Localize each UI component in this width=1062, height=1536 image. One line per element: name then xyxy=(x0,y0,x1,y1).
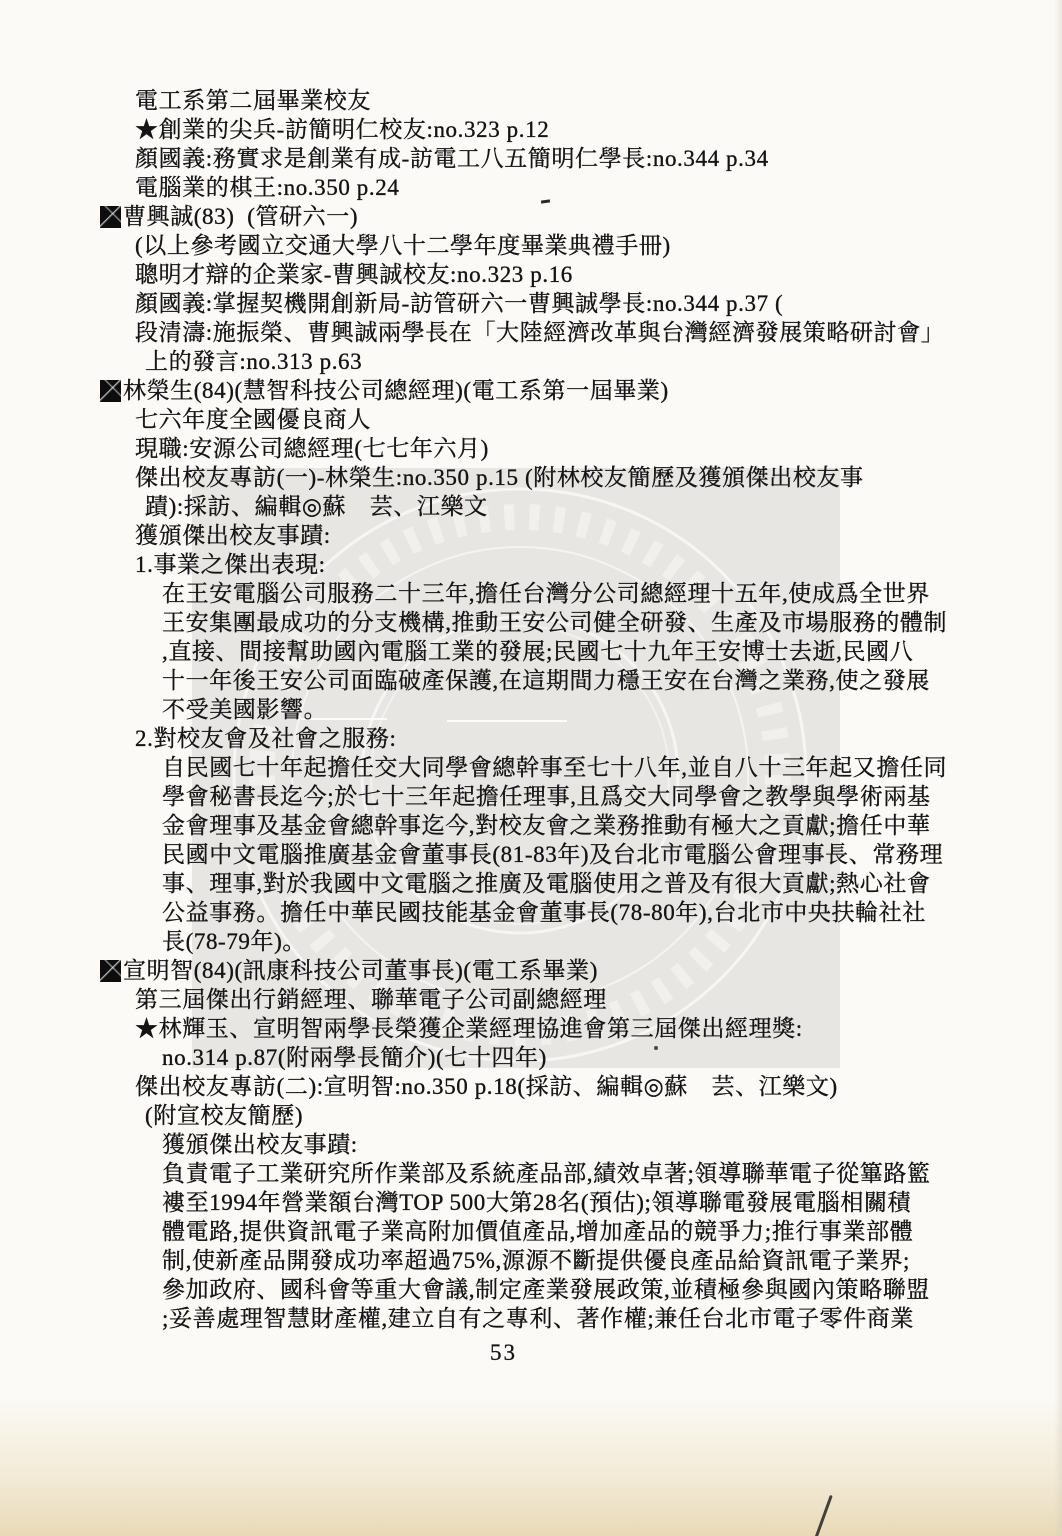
text-line-text: 電工系第二屆畢業校友 xyxy=(135,86,371,115)
text-line: 七六年度全國優良商人 xyxy=(100,405,980,434)
section-heading-text: 宣明智(84)(訊康科技公司董事長)(電工系畢業) xyxy=(123,956,598,985)
text-line-text: 學會秘書長迄今;於七十三年起擔任理事,且爲交大同學會之教學與學術兩基 xyxy=(162,782,931,811)
text-line-text: (以上參考國立交通大學八十二學年度畢業典禮手冊) xyxy=(135,231,671,260)
text-line: 電腦業的棋王:no.350 p.24 xyxy=(100,173,980,202)
text-line-text: 褸至1994年營業額台灣TOP 500大第28名(預估);領導聯電發展電腦相關積 xyxy=(162,1188,911,1217)
text-line: 2.對校友會及社會之服務: xyxy=(100,724,980,753)
alumnus-section-heading: 曹興誠(83) (管研六一) xyxy=(100,202,980,231)
text-line-text: 獲頒傑出校友事蹟: xyxy=(162,1130,358,1159)
text-line-text: 蹟):採訪、編輯◎蘇 芸、江樂文 xyxy=(145,492,488,521)
text-line: 1.事業之傑出表現: xyxy=(100,550,980,579)
section-heading-text: 曹興誠(83) (管研六一) xyxy=(123,202,358,231)
text-line-text: no.314 p.87(附兩學長簡介)(七十四年) xyxy=(162,1043,547,1072)
text-line-text: 獲頒傑出校友事蹟: xyxy=(135,521,331,550)
text-line: ;妥善處理智慧財產權,建立自有之專利、著作權;兼任台北市電子零件商業 xyxy=(100,1304,980,1333)
section-heading-text: 林榮生(84)(慧智科技公司總經理)(電工系第一屆畢業) xyxy=(123,376,669,405)
text-line-text: 電腦業的棋王:no.350 p.24 xyxy=(135,173,399,202)
text-line: 顏國義:務實求是創業有成-訪電工八五簡明仁學長:no.344 p.34 xyxy=(100,144,980,173)
scan-speck xyxy=(654,1046,658,1050)
text-line: 在王安電腦公司服務二十三年,擔任台灣分公司總經理十五年,使成爲全世界 xyxy=(100,579,980,608)
text-line-text: 事、理事,對於我國中文電腦之推廣及電腦使用之普及有很大貢獻;熱心社會 xyxy=(162,869,931,898)
document-page: 電工系第二屆畢業校友★創業的尖兵-訪簡明仁校友:no.323 p.12顏國義:務… xyxy=(0,0,1062,1536)
text-line-text: 十一年後王安公司面臨破產保護,在這期間力穩王安在台灣之業務,使之發展 xyxy=(162,666,930,695)
text-line: 上的發言:no.313 p.63 xyxy=(100,347,980,376)
page-text-block: 電工系第二屆畢業校友★創業的尖兵-訪簡明仁校友:no.323 p.12顏國義:務… xyxy=(100,86,980,1333)
text-line-text: 制,使新產品開發成功率超過75%,源源不斷提供優良產品給資訊電子業界; xyxy=(162,1246,910,1275)
text-line: no.314 p.87(附兩學長簡介)(七十四年) xyxy=(100,1043,980,1072)
text-line-text: 第三屆傑出行銷經理、聯華電子公司副總經理 xyxy=(135,985,607,1014)
paper-edge-shading xyxy=(0,1396,1062,1536)
text-line-text: 聰明才辯的企業家-曹興誠校友:no.323 p.16 xyxy=(135,260,573,289)
section-marker-icon xyxy=(100,380,121,402)
text-line-text: ★林輝玉、宣明智兩學長榮獲企業經理協進會第三屆傑出經理獎: xyxy=(135,1014,803,1043)
text-line-text: 長(78-79年)。 xyxy=(162,927,306,956)
text-line-text: 七六年度全國優良商人 xyxy=(135,405,371,434)
text-line: ,直接、間接幫助國內電腦工業的發展;民國七十九年王安博士去逝,民國八 xyxy=(100,637,980,666)
text-line: 顏國義:掌握契機開創新局-訪管研六一曹興誠學長:no.344 p.37 ( xyxy=(100,289,980,318)
text-line: 獲頒傑出校友事蹟: xyxy=(100,1130,980,1159)
text-line-text: 體電路,提供資訊電子業高附加價值產品,增加產品的競爭力;推行事業部體 xyxy=(162,1217,913,1246)
text-line: 公益事務。擔任中華民國技能基金會董事長(78-80年),台北市中央扶輪社社 xyxy=(100,898,980,927)
text-line: (以上參考國立交通大學八十二學年度畢業典禮手冊) xyxy=(100,231,980,260)
text-line-text: 不受美國影響。 xyxy=(162,695,327,724)
text-line: 褸至1994年營業額台灣TOP 500大第28名(預估);領導聯電發展電腦相關積 xyxy=(100,1188,980,1217)
text-line-text: 在王安電腦公司服務二十三年,擔任台灣分公司總經理十五年,使成爲全世界 xyxy=(162,579,930,608)
text-line-text: 顏國義:務實求是創業有成-訪電工八五簡明仁學長:no.344 p.34 xyxy=(135,144,769,173)
text-line-text: 上的發言:no.313 p.63 xyxy=(145,347,362,376)
text-line: ★林輝玉、宣明智兩學長榮獲企業經理協進會第三屆傑出經理獎: xyxy=(100,1014,980,1043)
text-line-text: 金會理事及基金會總幹事迄今,對校友會之業務推動有極大之貢獻;擔任中華 xyxy=(162,811,931,840)
text-line: 王安集團最成功的分支機構,推動王安公司健全研發、生產及市場服務的體制 xyxy=(100,608,980,637)
text-line: 十一年後王安公司面臨破產保護,在這期間力穩王安在台灣之業務,使之發展 xyxy=(100,666,980,695)
text-line: 現職:安源公司總經理(七七年六月) xyxy=(100,434,980,463)
text-line-text: ,直接、間接幫助國內電腦工業的發展;民國七十九年王安博士去逝,民國八 xyxy=(162,637,913,666)
text-line-text: 顏國義:掌握契機開創新局-訪管研六一曹興誠學長:no.344 p.37 ( xyxy=(135,289,783,318)
text-line: 參加政府、國科會等重大會議,制定產業發展政策,並積極參與國內策略聯盟 xyxy=(100,1275,980,1304)
text-line: 傑出校友專訪(一)-林榮生:no.350 p.15 (附林校友簡歷及獲頒傑出校友… xyxy=(100,463,980,492)
section-marker-icon xyxy=(100,960,121,982)
text-line: 事、理事,對於我國中文電腦之推廣及電腦使用之普及有很大貢獻;熱心社會 xyxy=(100,869,980,898)
text-line: 民國中文電腦推廣基金會董事長(81-83年)及台北市電腦公會理事長、常務理 xyxy=(100,840,980,869)
text-line-text: (附宣校友簡歷) xyxy=(145,1101,303,1130)
text-line: (附宣校友簡歷) xyxy=(100,1101,980,1130)
text-line: 電工系第二屆畢業校友 xyxy=(100,86,980,115)
text-line-text: 傑出校友專訪(一)-林榮生:no.350 p.15 (附林校友簡歷及獲頒傑出校友… xyxy=(135,463,864,492)
text-line-text: 參加政府、國科會等重大會議,制定產業發展政策,並積極參與國內策略聯盟 xyxy=(162,1275,930,1304)
text-line: 傑出校友專訪(二):宣明智:no.350 p.18(採訪、編輯◎蘇 芸、江樂文) xyxy=(100,1072,980,1101)
text-line: 段清濤:施振榮、曹興誠兩學長在「大陸經濟改革與台灣經濟發展策略研討會」 xyxy=(100,318,980,347)
text-line: 自民國七十年起擔任交大同學會總幹事至七十八年,並自八十三年起又擔任同 xyxy=(100,753,980,782)
section-marker-icon xyxy=(100,206,121,228)
alumnus-section-heading: 林榮生(84)(慧智科技公司總經理)(電工系第一屆畢業) xyxy=(100,376,980,405)
text-line-text: 1.事業之傑出表現: xyxy=(135,550,326,579)
text-line: 獲頒傑出校友事蹟: xyxy=(100,521,980,550)
text-line: 聰明才辯的企業家-曹興誠校友:no.323 p.16 xyxy=(100,260,980,289)
text-line-text: ;妥善處理智慧財產權,建立自有之專利、著作權;兼任台北市電子零件商業 xyxy=(162,1304,914,1333)
text-line-text: 2.對校友會及社會之服務: xyxy=(135,724,396,753)
page-number: 53 xyxy=(490,1340,517,1366)
text-line-text: 段清濤:施振榮、曹興誠兩學長在「大陸經濟改革與台灣經濟發展策略研討會」 xyxy=(135,318,944,347)
text-line-text: 王安集團最成功的分支機構,推動王安公司健全研發、生產及市場服務的體制 xyxy=(162,608,947,637)
text-line-text: 傑出校友專訪(二):宣明智:no.350 p.18(採訪、編輯◎蘇 芸、江樂文) xyxy=(135,1072,838,1101)
text-line-text: ★創業的尖兵-訪簡明仁校友:no.323 p.12 xyxy=(135,115,549,144)
text-line-text: 公益事務。擔任中華民國技能基金會董事長(78-80年),台北市中央扶輪社社 xyxy=(162,898,926,927)
text-line: ★創業的尖兵-訪簡明仁校友:no.323 p.12 xyxy=(100,115,980,144)
text-line-text: 民國中文電腦推廣基金會董事長(81-83年)及台北市電腦公會理事長、常務理 xyxy=(162,840,943,869)
text-line: 不受美國影響。 xyxy=(100,695,980,724)
text-line-text: 負責電子工業研究所作業部及系統產品部,績效卓著;領導聯華電子從篳路籃 xyxy=(162,1159,931,1188)
text-line: 蹟):採訪、編輯◎蘇 芸、江樂文 xyxy=(100,492,980,521)
text-line: 體電路,提供資訊電子業高附加價值產品,增加產品的競爭力;推行事業部體 xyxy=(100,1217,980,1246)
text-line-text: 現職:安源公司總經理(七七年六月) xyxy=(135,434,489,463)
text-line: 長(78-79年)。 xyxy=(100,927,980,956)
text-line-text: 自民國七十年起擔任交大同學會總幹事至七十八年,並自八十三年起又擔任同 xyxy=(162,753,947,782)
alumnus-section-heading: 宣明智(84)(訊康科技公司董事長)(電工系畢業) xyxy=(100,956,980,985)
text-line: 第三屆傑出行銷經理、聯華電子公司副總經理 xyxy=(100,985,980,1014)
paper-edge-shading xyxy=(1054,0,1062,1536)
text-line: 學會秘書長迄今;於七十三年起擔任理事,且爲交大同學會之教學與學術兩基 xyxy=(100,782,980,811)
text-line: 金會理事及基金會總幹事迄今,對校友會之業務推動有極大之貢獻;擔任中華 xyxy=(100,811,980,840)
text-line: 負責電子工業研究所作業部及系統產品部,績效卓著;領導聯華電子從篳路籃 xyxy=(100,1159,980,1188)
text-line: 制,使新產品開發成功率超過75%,源源不斷提供優良產品給資訊電子業界; xyxy=(100,1246,980,1275)
